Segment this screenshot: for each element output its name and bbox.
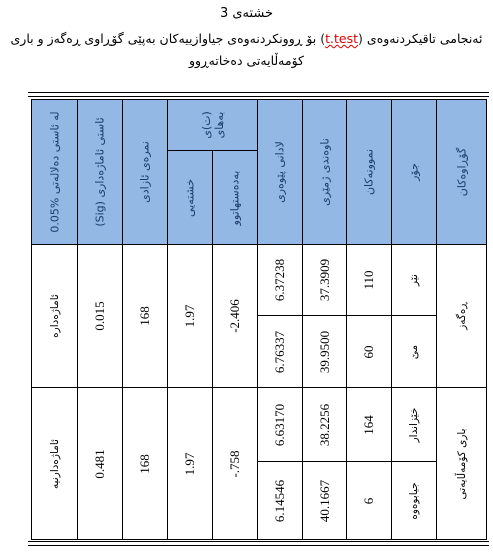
- header-variables: گۆڕاوەکان: [437, 100, 487, 245]
- cell-sig-gender: 0.015: [78, 245, 123, 388]
- header-mean: ناوەندی ژمێری: [303, 100, 347, 245]
- header-significance-at-005: لە ئاستی دەلالەتی %0.05: [32, 100, 78, 245]
- header-samples: نموونەکان: [347, 100, 392, 245]
- cell-mean-married: 38.2256: [303, 388, 347, 462]
- cell-n-male: 110: [347, 245, 392, 316]
- cell-df-gender: 168: [123, 245, 168, 388]
- cell-t-tabular-gender: 1.97: [168, 245, 213, 388]
- cell-type-married: خێزاندار: [392, 388, 437, 462]
- header-type: جۆر: [392, 100, 437, 245]
- cell-df-marital: 168: [123, 388, 168, 540]
- cell-sd-male: 6.37238: [258, 245, 303, 316]
- header-sig-level: ئاستی ئاماژەداری (Sig): [78, 100, 123, 245]
- cell-result-marital: ئاماژەدارنیە: [32, 388, 78, 540]
- ttest-label: t.test: [325, 31, 358, 46]
- cell-n-married: 164: [347, 388, 392, 462]
- header-t-value: (ت)ی بەهای: [168, 100, 258, 151]
- cell-result-gender: ئاماژەدارە: [32, 245, 78, 388]
- cell-type-female: مێ: [392, 316, 437, 388]
- header-t-value-part2: (ت)ی: [200, 111, 213, 139]
- cell-t-computed-marital: -.758: [213, 388, 258, 540]
- cell-n-divorced: 6: [347, 462, 392, 540]
- cell-sig-marital: 0.481: [78, 388, 123, 540]
- cell-sd-female: 6.76337: [258, 316, 303, 388]
- table-bottom-double-rule: [28, 541, 489, 546]
- header-t-tabular: خشتەیی: [168, 151, 213, 245]
- caption-line-3: کۆمەڵایەتی دەخاتەڕوو: [0, 50, 493, 72]
- header-standard-deviation: لادانی پێوەری: [258, 100, 303, 245]
- cell-variable-marital: باری کۆمەڵایەتی: [437, 388, 487, 540]
- caption-text-after: بۆ ڕوونکردنەوەی جیاوازییەکان بەپێی گۆڕاو…: [11, 31, 321, 46]
- caption-text-before: ئەنجامی تاقیکردنەوەی: [363, 31, 483, 46]
- cell-t-computed-gender: -2.406: [213, 245, 258, 388]
- cell-t-tabular-marital: 1.97: [168, 388, 213, 540]
- cell-type-male: نێر: [392, 245, 437, 316]
- table-caption: ئەنجامی تاقیکردنەوەی (t.test) بۆ ڕوونکرد…: [0, 28, 493, 50]
- cell-mean-female: 39.9500: [303, 316, 347, 388]
- cell-sd-divorced: 6.14546: [258, 462, 303, 540]
- table-number-title: خشتەی 3: [0, 6, 493, 21]
- header-t-value-part1: بەهای: [213, 111, 226, 139]
- cell-mean-male: 37.3909: [303, 245, 347, 316]
- cell-n-female: 60: [347, 316, 392, 388]
- table-top-double-rule: [28, 92, 489, 97]
- header-t-computed: بەدەستهاتوو: [213, 151, 258, 245]
- cell-sd-married: 6.63170: [258, 388, 303, 462]
- cell-type-divorced: جیابوەوە: [392, 462, 437, 540]
- document-title: خشتەی 3 ئەنجامی تاقیکردنەوەی (t.test) بۆ…: [0, 6, 493, 72]
- header-degrees-of-freedom: نمرەی ئازادی: [123, 100, 168, 245]
- results-table: لە ئاستی دەلالەتی %0.05 ئاستی ئاماژەداری…: [31, 99, 487, 540]
- cell-variable-gender: ڕەگەز: [437, 245, 487, 388]
- cell-mean-divorced: 40.1667: [303, 462, 347, 540]
